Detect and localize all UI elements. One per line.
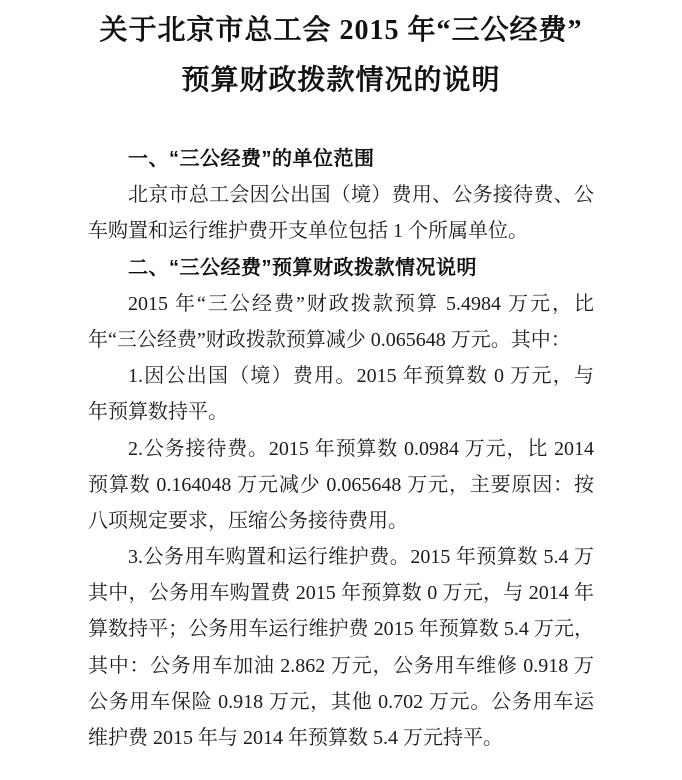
document-body: 一、“三公经费”的单位范围 北京市总工会因公出国（境）费用、公务接待费、公务用 … — [88, 141, 594, 756]
section-2-intro-line: 年“三公经费”财政拨款预算减少 0.065648 万元。其中： — [88, 322, 594, 358]
item-1-abroad-expense-line: 1.因公出国（境）费用。2015 年预算数 0 万元，与 2014 — [88, 358, 594, 394]
item-3-vehicle-expense-line: 其中：公务用车加油 2.862 万元，公务用车维修 0.918 万元， — [88, 648, 594, 684]
item-1-abroad-expense-line: 年预算数持平。 — [88, 394, 594, 430]
item-3-vehicle-expense-line: 其中，公务用车购置费 2015 年预算数 0 万元，与 2014 年预 — [88, 575, 594, 611]
document-title-line-1: 关于北京市总工会 2015 年“三公经费” — [0, 6, 682, 56]
document-page: 关于北京市总工会 2015 年“三公经费” 预算财政拨款情况的说明 一、“三公经… — [0, 0, 682, 780]
document-title: 关于北京市总工会 2015 年“三公经费” 预算财政拨款情况的说明 — [0, 6, 682, 106]
document-title-line-2: 预算财政拨款情况的说明 — [0, 56, 682, 106]
item-2-reception-expense-line: 2.公务接待费。2015 年预算数 0.0984 万元，比 2014 年 — [88, 431, 594, 467]
item-3-vehicle-expense-line: 3.公务用车购置和运行维护费。2015 年预算数 5.4 万元， — [88, 539, 594, 575]
section-1-para-line: 北京市总工会因公出国（境）费用、公务接待费、公务用 — [88, 177, 594, 213]
section-2-intro-line: 2015 年“三公经费”财政拨款预算 5.4984 万元，比 2014 — [88, 286, 594, 322]
item-3-vehicle-expense-line: 维护费 2015 年与 2014 年预算数 5.4 万元持平。 — [88, 720, 594, 756]
item-3-vehicle-expense-line: 公务用车保险 0.918 万元，其他 0.702 万元。公务用车运行 — [88, 684, 594, 720]
item-2-reception-expense-line: 预算数 0.164048 万元减少 0.065648 万元，主要原因：按照 — [88, 467, 594, 503]
section-2-heading: 二、“三公经费”预算财政拨款情况说明 — [88, 250, 594, 286]
section-1-para-line: 车购置和运行维护费开支单位包括 1 个所属单位。 — [88, 213, 594, 249]
section-1-heading: 一、“三公经费”的单位范围 — [88, 141, 594, 177]
item-3-vehicle-expense-line: 算数持平；公务用车运行维护费 2015 年预算数 5.4 万元， — [88, 611, 594, 647]
item-2-reception-expense-line: 八项规定要求，压缩公务接待费用。 — [88, 503, 594, 539]
